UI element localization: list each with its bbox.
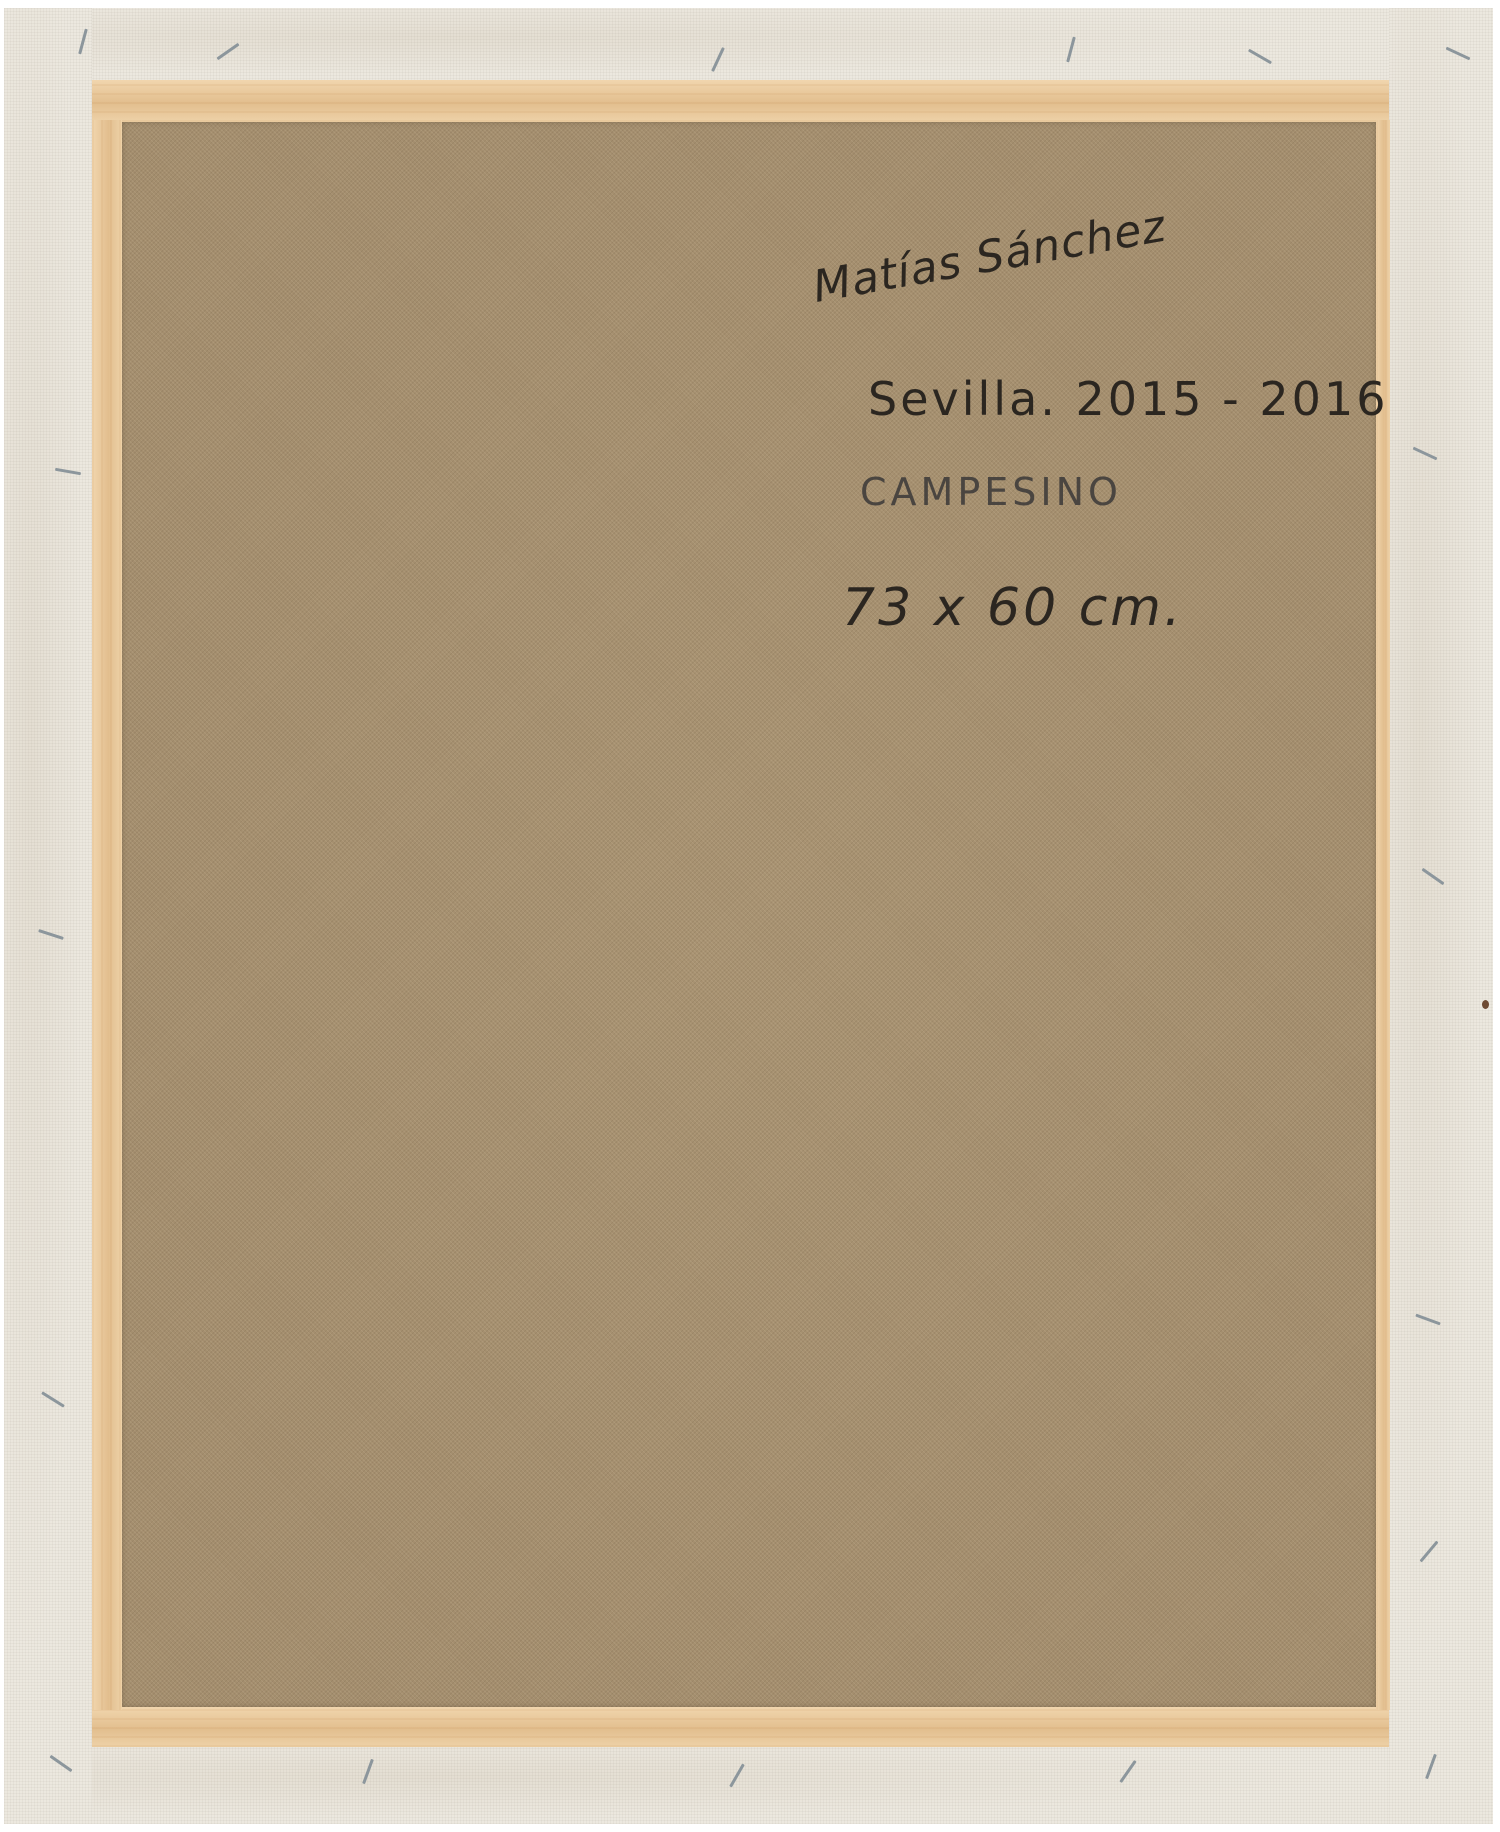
stretcher-bar-bottom <box>92 1707 1389 1747</box>
stretcher-bar-left <box>92 120 122 1710</box>
stain-spot <box>1482 1000 1489 1009</box>
stretcher-bar-top <box>92 80 1389 122</box>
artwork-dimensions: 73 x 60 cm. <box>842 578 1183 638</box>
linen-back-panel <box>122 122 1376 1707</box>
place-and-dates: Sevilla. 2015 - 2016 <box>868 372 1388 426</box>
stretcher-bar-right <box>1376 120 1390 1710</box>
folded-canvas-edge-left <box>4 8 92 1824</box>
folded-canvas-edge-right <box>1389 8 1493 1824</box>
folded-canvas-edge-bottom <box>4 1746 1492 1824</box>
canvas-back-photo: Matías Sánchez Sevilla. 2015 - 2016 CAMP… <box>0 0 1500 1832</box>
artwork-title: CAMPESINO <box>860 470 1122 514</box>
folded-canvas-edge-top <box>6 8 1492 82</box>
